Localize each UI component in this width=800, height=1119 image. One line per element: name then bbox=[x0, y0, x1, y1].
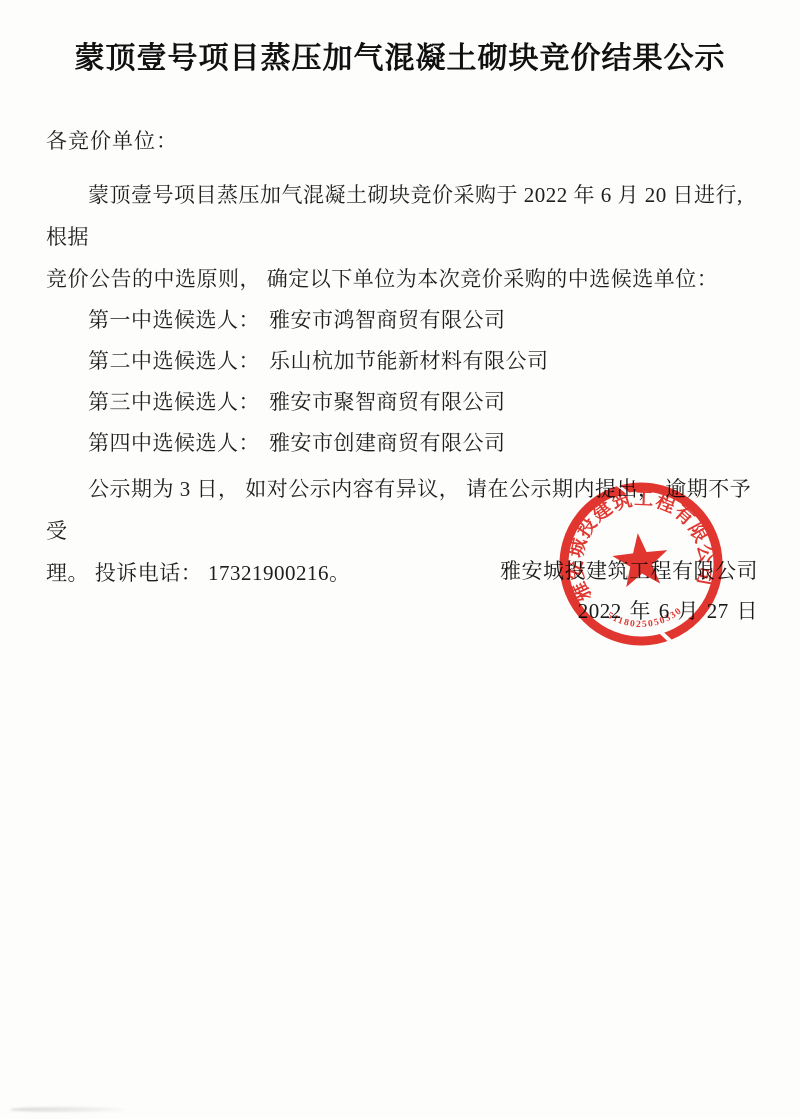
candidate-row-2: 第二中选候选人：乐山杭加节能新材料有限公司 bbox=[46, 341, 758, 382]
candidate-company-name: 雅安市鸿智商贸有限公司 bbox=[269, 308, 506, 332]
signature-block: 雅安城投建筑工程有限公司 2022 年 6 月 27 日 bbox=[500, 560, 758, 622]
intro-paragraph-line-2: 竞价公告的中选原则， 确定以下单位为本次竞价采购的中选候选单位： bbox=[46, 258, 758, 300]
candidate-row-3: 第三中选候选人：雅安市聚智商贸有限公司 bbox=[46, 382, 758, 423]
signature-date: 2022 年 6 月 27 日 bbox=[500, 600, 758, 622]
page-title: 蒙顶壹号项目蒸压加气混凝土砌块竞价结果公示 bbox=[0, 0, 800, 75]
document-body: 各竞价单位： 蒙顶壹号项目蒸压加气混凝土砌块竞价采购于 2022 年 6 月 2… bbox=[46, 130, 758, 594]
intro-paragraph-line-1: 蒙顶壹号项目蒸压加气混凝土砌块竞价采购于 2022 年 6 月 20 日进行,根… bbox=[46, 174, 758, 258]
candidate-rank-label: 第一中选候选人： bbox=[88, 308, 260, 332]
candidate-row-1: 第一中选候选人：雅安市鸿智商贸有限公司 bbox=[46, 300, 758, 341]
signature-company: 雅安城投建筑工程有限公司 bbox=[500, 560, 758, 582]
salutation: 各竞价单位： bbox=[46, 130, 758, 152]
seal-break-artifact-bottom bbox=[659, 629, 673, 645]
candidate-rank-label: 第三中选候选人： bbox=[88, 390, 260, 414]
candidate-rank-label: 第四中选候选人： bbox=[88, 431, 260, 455]
notice-paragraph-line-1: 公示期为 3 日， 如对公示内容有异议， 请在公示期内提出， 逾期不予受 bbox=[46, 468, 758, 552]
candidate-rank-label: 第二中选候选人： bbox=[88, 349, 260, 373]
candidate-company-name: 雅安市聚智商贸有限公司 bbox=[269, 390, 506, 414]
candidate-company-name: 乐山杭加节能新材料有限公司 bbox=[269, 349, 549, 373]
announcement-page: 蒙顶壹号项目蒸压加气混凝土砌块竞价结果公示 各竞价单位： 蒙顶壹号项目蒸压加气混… bbox=[0, 0, 800, 1119]
scan-smudge-artifact bbox=[10, 1107, 125, 1112]
candidate-row-4: 第四中选候选人：雅安市创建商贸有限公司 bbox=[46, 423, 758, 464]
candidate-company-name: 雅安市创建商贸有限公司 bbox=[269, 431, 506, 455]
